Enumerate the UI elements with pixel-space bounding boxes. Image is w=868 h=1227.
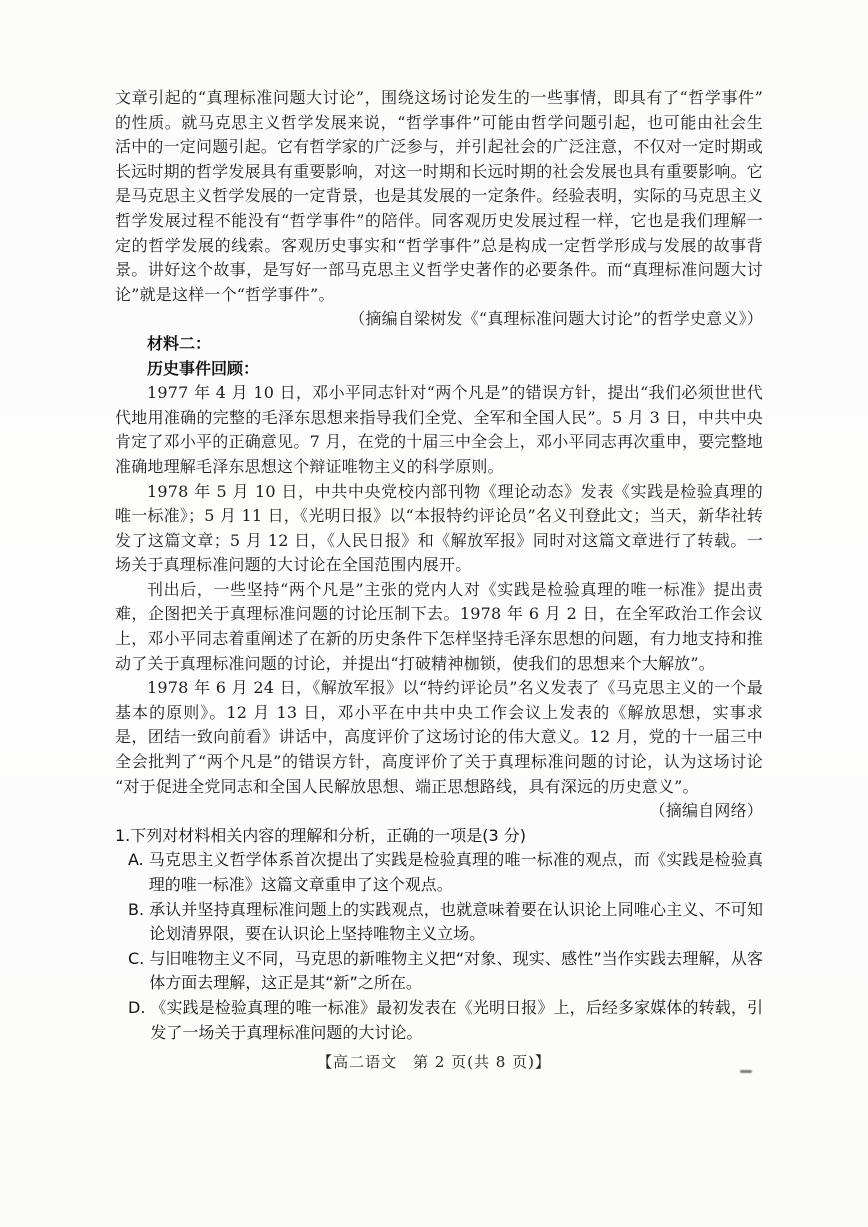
option-c-text: 与旧唯物主义不同，马克思的新唯物主义把“对象、现实、感性”当作实践去理解，从客体…: [149, 947, 763, 996]
material-two-attribution: （摘编自网络）: [115, 799, 763, 824]
option-b-text: 承认并坚持真理标准问题上的实践观点，也就意味着要在认识论上同唯心主义、不可知论划…: [149, 898, 763, 947]
question-1-option-c: C. 与旧唯物主义不同，马克思的新唯物主义把“对象、现实、感性”当作实践去理解，…: [115, 947, 763, 996]
page-content: 文章引起的“真理标准问题大讨论”，围绕这场讨论发生的一些事情，即具有了“哲学事件…: [115, 86, 763, 1045]
material-two-subheading: 历史事件回顾：: [115, 357, 763, 382]
material-two-paragraph-4: 1978 年 6 月 24 日，《解放军报》以“特约评论员”名义发表了《马克思主…: [115, 676, 763, 799]
material-two-heading: 材料二：: [115, 332, 763, 357]
page-footer: 【高二语文 第 2 页(共 8 页)】: [0, 1051, 868, 1073]
option-b-label: B.: [128, 898, 144, 947]
question-1-stem: 1.下列对材料相关内容的理解和分析，正确的一项是(3 分): [115, 824, 763, 849]
scan-artifact: [740, 1070, 752, 1073]
exam-page: 文章引起的“真理标准问题大讨论”，围绕这场讨论发生的一些事情，即具有了“哲学事件…: [0, 0, 868, 1227]
option-a-text: 马克思主义哲学体系首次提出了实践是检验真理的唯一标准的观点，而《实践是检验真理的…: [149, 848, 763, 897]
material-two-paragraph-1: 1977 年 4 月 10 日，邓小平同志针对“两个凡是”的错误方针，提出“我们…: [115, 381, 763, 479]
option-d-text: 《实践是检验真理的唯一标准》最初发表在《光明日报》上，后经多家媒体的转载，引发了…: [150, 996, 763, 1045]
material-one-paragraph-continuation: 文章引起的“真理标准问题大讨论”，围绕这场讨论发生的一些事情，即具有了“哲学事件…: [115, 86, 763, 307]
material-two-paragraph-2: 1978 年 5 月 10 日，中共中央党校内部刊物《理论动态》发表《实践是检验…: [115, 480, 763, 578]
question-1: 1.下列对材料相关内容的理解和分析，正确的一项是(3 分) A. 马克思主义哲学…: [115, 824, 763, 1045]
question-1-option-a: A. 马克思主义哲学体系首次提出了实践是检验真理的唯一标准的观点，而《实践是检验…: [115, 848, 763, 897]
option-a-label: A.: [128, 848, 144, 897]
material-two-paragraph-3: 刊出后，一些坚持“两个凡是”主张的党内人对《实践是检验真理的唯一标准》提出责难，…: [115, 578, 763, 676]
material-one-attribution: （摘编自梁树发《“真理标准问题大讨论”的哲学史意义》）: [115, 307, 763, 332]
option-c-label: C.: [128, 947, 144, 996]
question-1-option-b: B. 承认并坚持真理标准问题上的实践观点，也就意味着要在认识论上同唯心主义、不可…: [115, 898, 763, 947]
option-d-label: D.: [128, 996, 145, 1045]
question-1-option-d: D. 《实践是检验真理的唯一标准》最初发表在《光明日报》上，后经多家媒体的转载，…: [115, 996, 763, 1045]
